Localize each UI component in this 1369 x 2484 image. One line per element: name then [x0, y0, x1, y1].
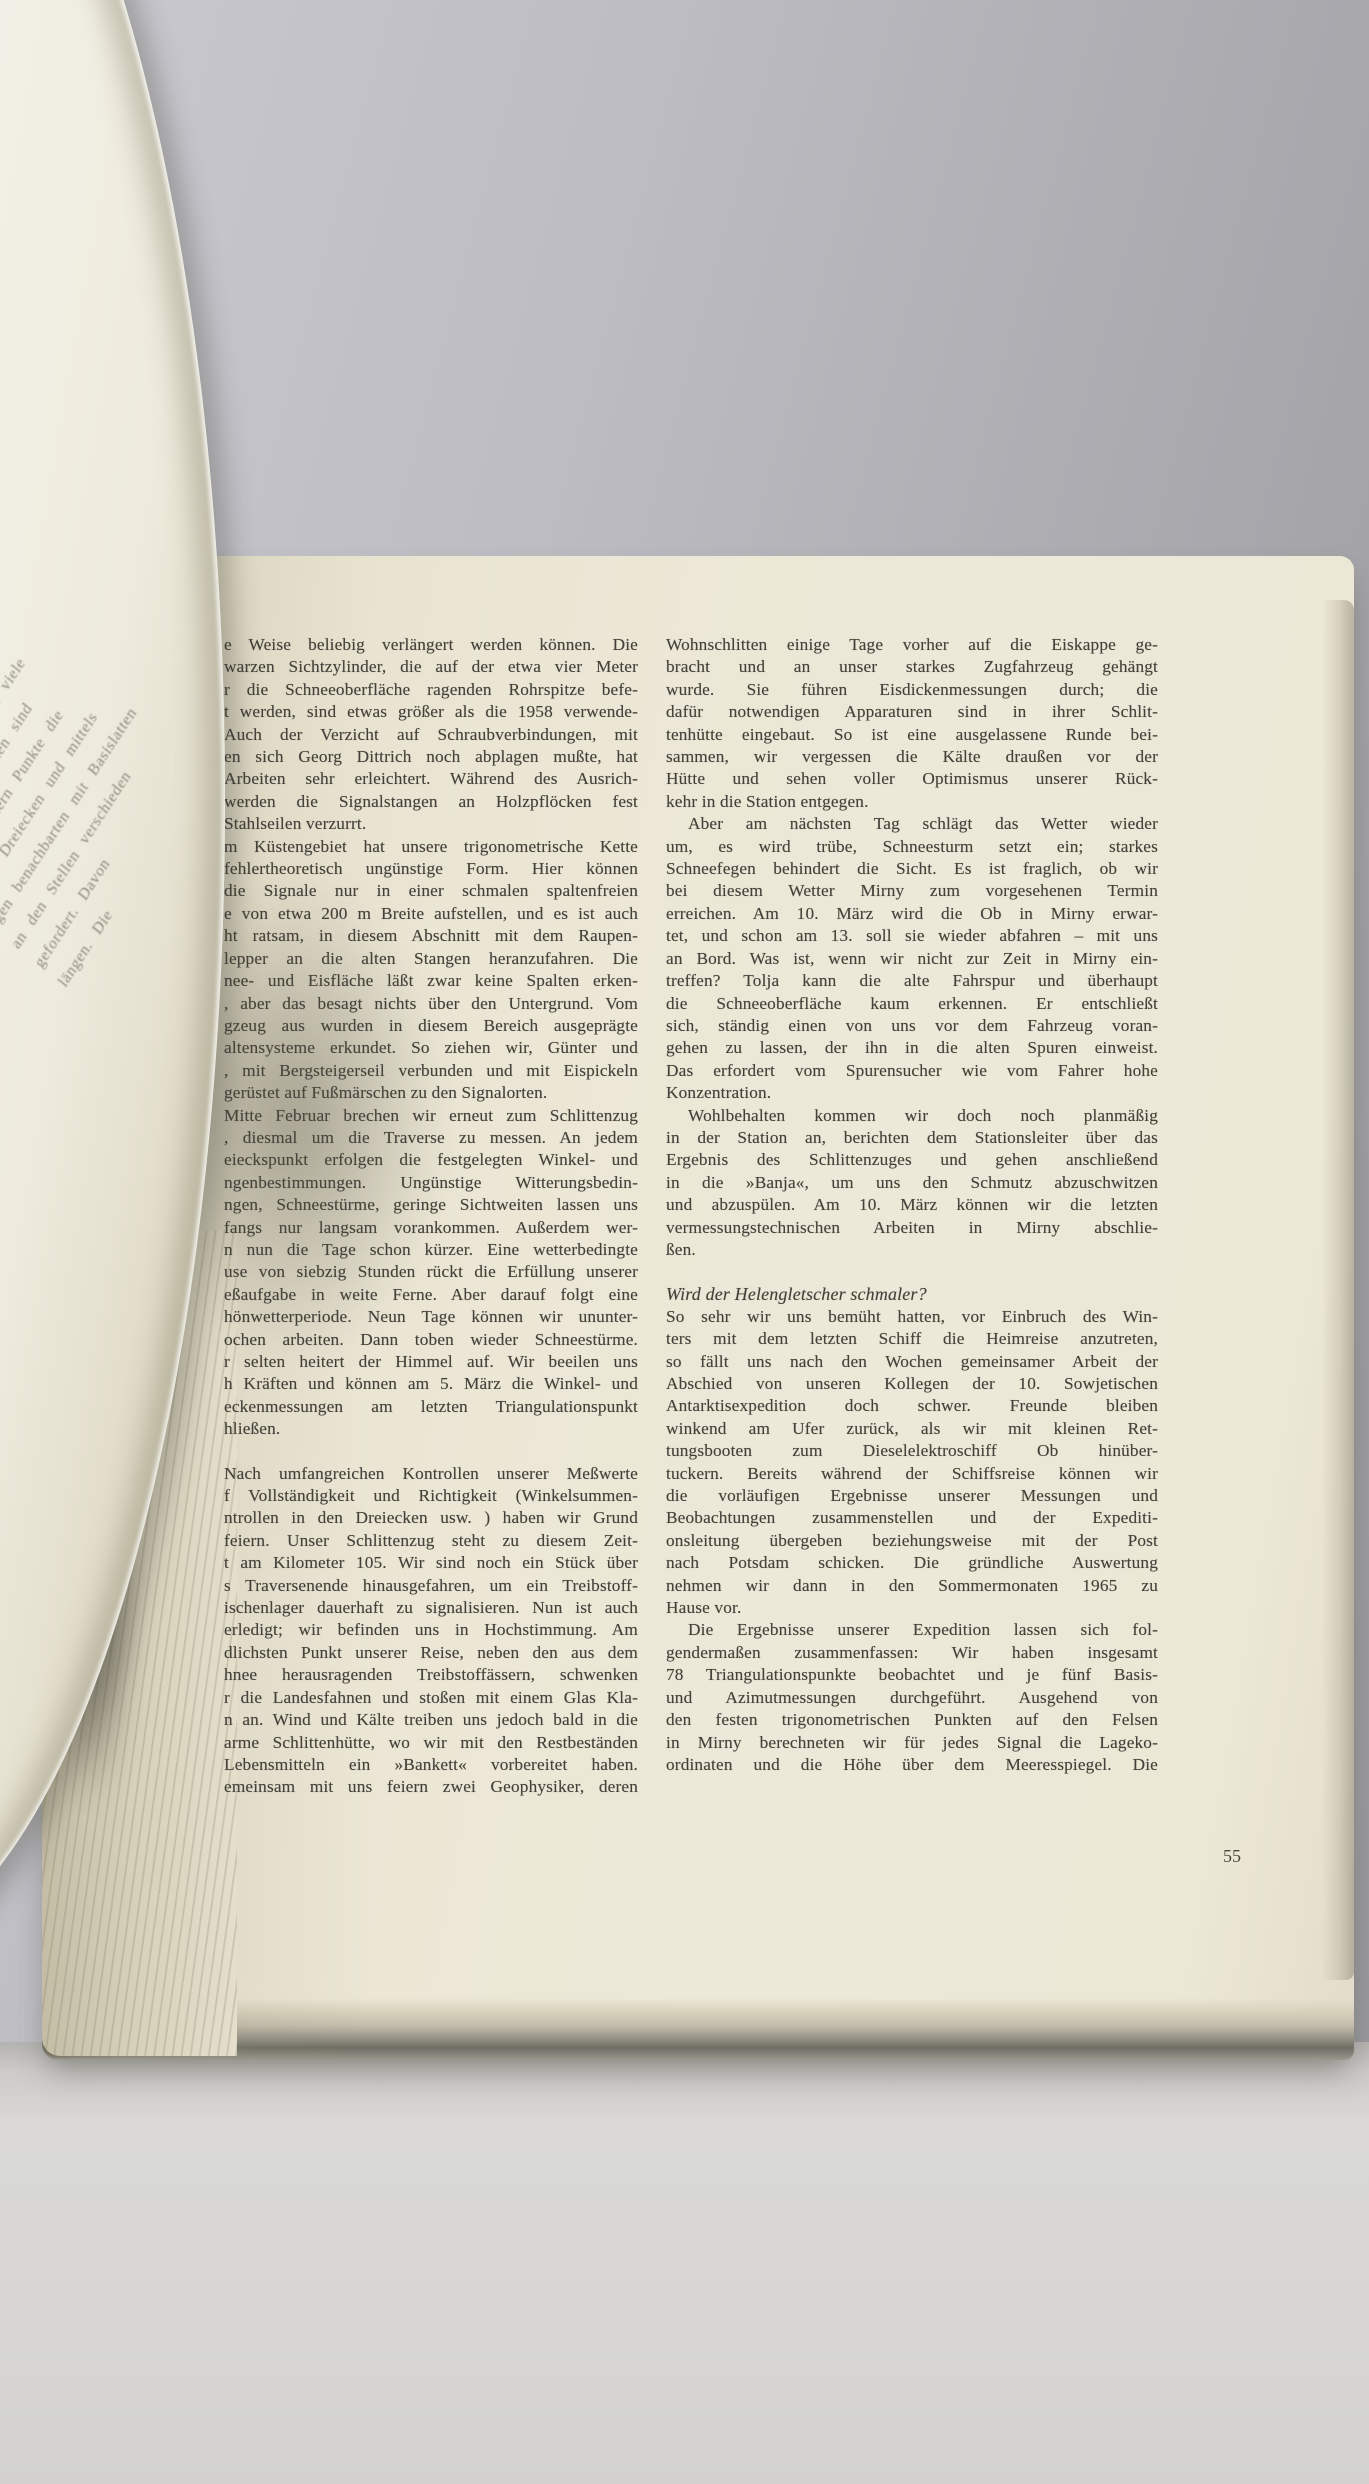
text-line: t am Kilometer 105. Wir sind noch ein St…: [224, 1552, 638, 1574]
text-line: ischenlager dauerhaft zu signalisieren. …: [224, 1597, 638, 1619]
text-line: den festen trigonometrischen Punkten auf…: [666, 1709, 1158, 1731]
text-line: tet, und schon am 13. soll sie wieder ab…: [666, 925, 1158, 947]
body-paragraph: Die Ergebnisse unserer Expedition lassen…: [666, 1619, 1158, 1776]
text-line: So sehr wir uns bemüht hatten, vor Einbr…: [666, 1306, 1158, 1328]
text-line: winkend am Ufer zurück, als wir mit klei…: [666, 1418, 1158, 1440]
text-line: Das erfordert vom Spurensucher wie vom F…: [666, 1060, 1158, 1082]
text-line: erledigt; wir befinden uns in Hochstimmu…: [224, 1619, 638, 1641]
text-line: Ergebnis des Schlittenzuges und gehen an…: [666, 1149, 1158, 1171]
text-line: dlichsten Punkt unserer Reise, neben den…: [224, 1642, 638, 1664]
text-line: um, es wird trübe, Schneesturm setzt ein…: [666, 836, 1158, 858]
text-line: vermessungstechnischen Arbeiten in Mirny…: [666, 1217, 1158, 1239]
text-line: Lebensmitteln ein »Bankett« vorbereitet …: [224, 1754, 638, 1776]
book-fore-edge: [1322, 600, 1354, 1980]
turning-page-distorted-text: können uns nur unddie nächsten Tage und …: [0, 0, 225, 995]
text-line: Abschied von unseren Kollegen der 10. So…: [666, 1373, 1158, 1395]
text-line: an Bord. Was ist, wenn wir nicht zur Zei…: [666, 948, 1158, 970]
text-line: Schneefegen behindert die Sicht. Es ist …: [666, 858, 1158, 880]
text-line: 78 Triangulationspunkte beobachtet und j…: [666, 1664, 1158, 1686]
section-heading-paragraph: Wird der Helengletscher schmaler?: [666, 1283, 1158, 1305]
text-line: arme Schlittenhütte, wo wir mit den Rest…: [224, 1732, 638, 1754]
text-line: erreichen. Am 10. März wird die Ob in Mi…: [666, 903, 1158, 925]
page-number: 55: [1196, 1846, 1268, 1867]
text-line: dafür notwendigen Apparaturen sind in ih…: [666, 701, 1158, 723]
text-line: gehen zu lassen, der ihn in die alten Sp…: [666, 1037, 1158, 1059]
text-line: Nach umfangreichen Kontrollen unserer Me…: [224, 1463, 638, 1485]
text-line: Wohlbehalten kommen wir doch noch planmä…: [666, 1105, 1158, 1127]
text-line: tungsbooten zum Dieselelektroschiff Ob h…: [666, 1440, 1158, 1462]
text-line: die Schneeoberfläche kaum erkennen. Er e…: [666, 993, 1158, 1015]
text-line: en sich Georg Dittrich noch abplagen muß…: [224, 746, 638, 768]
text-line: Hütte und sehen voller Optimismus unsere…: [666, 768, 1158, 790]
text-line: tuckern. Bereits während der Schiffsreis…: [666, 1463, 1158, 1485]
section-heading: Wird der Helengletscher schmaler?: [666, 1283, 1158, 1305]
text-line: r die Landesfahnen und stoßen mit einem …: [224, 1687, 638, 1709]
text-line: wurde. Sie führen Eisdickenmessungen dur…: [666, 679, 1158, 701]
text-line: Beobachtungen zusammenstellen und der Ex…: [666, 1507, 1158, 1529]
text-line: e Weise beliebig verlängert werden könne…: [224, 634, 638, 656]
text-line: sich, ständig einen von uns vor dem Fahr…: [666, 1015, 1158, 1037]
book-photo: e Weise beliebig verlängert werden könne…: [0, 0, 1369, 2484]
text-line: Aber am nächsten Tag schlägt das Wetter …: [666, 813, 1158, 835]
text-line: Konzentration.: [666, 1082, 1158, 1104]
text-line: nach Potsdam schicken. Die gründliche Au…: [666, 1552, 1158, 1574]
body-paragraph: So sehr wir uns bemüht hatten, vor Einbr…: [666, 1306, 1158, 1620]
text-line: und abzuspülen. Am 10. März können wir d…: [666, 1194, 1158, 1216]
body-paragraph: Wohnschlitten einige Tage vorher auf die…: [666, 634, 1158, 813]
text-line: so fällt uns nach den Wochen gemeinsamer…: [666, 1351, 1158, 1373]
text-line: Wohnschlitten einige Tage vorher auf die…: [666, 634, 1158, 656]
text-column-right: Wohnschlitten einige Tage vorher auf die…: [666, 634, 1158, 1776]
text-line: ordinaten und die Höhe über dem Meeressp…: [666, 1754, 1158, 1776]
text-line: f Vollständigkeit und Richtigkeit (Winke…: [224, 1485, 638, 1507]
text-line: die vorläufigen Ergebnisse unserer Messu…: [666, 1485, 1158, 1507]
text-line: ters mit dem letzten Schiff die Heimreis…: [666, 1328, 1158, 1350]
text-line: kehr in die Station entgegen.: [666, 791, 1158, 813]
text-line: s Traversenende hinausgefahren, um ein T…: [224, 1575, 638, 1597]
text-line: Hause vor.: [666, 1597, 1158, 1619]
text-line: feiern. Unser Schlittenzug steht zu dies…: [224, 1530, 638, 1552]
body-paragraph: Aber am nächsten Tag schlägt das Wetter …: [666, 813, 1158, 1104]
text-line: sammen, wir vergessen die Kälte draußen …: [666, 746, 1158, 768]
text-line: ntrollen in den Dreiecken usw. ) haben w…: [224, 1507, 638, 1529]
text-line: bei diesem Wetter Mirny zum vorgesehenen…: [666, 880, 1158, 902]
text-line: ßen.: [666, 1239, 1158, 1261]
text-line: bracht und an unser starkes Zugfahrzeug …: [666, 656, 1158, 678]
text-line: Die Ergebnisse unserer Expedition lassen…: [666, 1619, 1158, 1641]
body-paragraph: Wohlbehalten kommen wir doch noch planmä…: [666, 1105, 1158, 1262]
text-line: t werden, sind etwas größer als die 1958…: [224, 701, 638, 723]
text-line: in die »Banja«, um uns den Schmutz abzus…: [666, 1172, 1158, 1194]
text-line: hnee herausragenden Treibstoffässern, sc…: [224, 1664, 638, 1686]
text-line: warzen Sichtzylinder, die auf der etwa v…: [224, 656, 638, 678]
text-line: in Mirny berechneten wir für jedes Signa…: [666, 1732, 1158, 1754]
text-line: tenhütte eingebaut. So ist eine ausgelas…: [666, 724, 1158, 746]
text-line: emeinsam mit uns feiern zwei Geophysiker…: [224, 1776, 638, 1798]
text-line: n an. Wind und Kälte treiben uns jedoch …: [224, 1709, 638, 1731]
text-line: gendermaßen zusammenfassen: Wir haben in…: [666, 1642, 1158, 1664]
text-line: treffen? Tolja kann die alte Fahrspur un…: [666, 970, 1158, 992]
text-line: nehmen wir dann in den Sommermonaten 196…: [666, 1575, 1158, 1597]
body-paragraph: Nach umfangreichen Kontrollen unserer Me…: [224, 1463, 638, 1799]
text-line: r die Schneeoberfläche ragenden Rohrspit…: [224, 679, 638, 701]
text-line: Auch der Verzicht auf Schraubverbindunge…: [224, 724, 638, 746]
text-line: Antarktisexpedition doch schwer. Freunde…: [666, 1395, 1158, 1417]
table-surface: [0, 2042, 1369, 2484]
text-line: onsleitung übergeben beziehungsweise mit…: [666, 1530, 1158, 1552]
text-line: und Azimutmessungen durchgeführt. Ausgeh…: [666, 1687, 1158, 1709]
text-line: in der Station an, berichten dem Station…: [666, 1127, 1158, 1149]
